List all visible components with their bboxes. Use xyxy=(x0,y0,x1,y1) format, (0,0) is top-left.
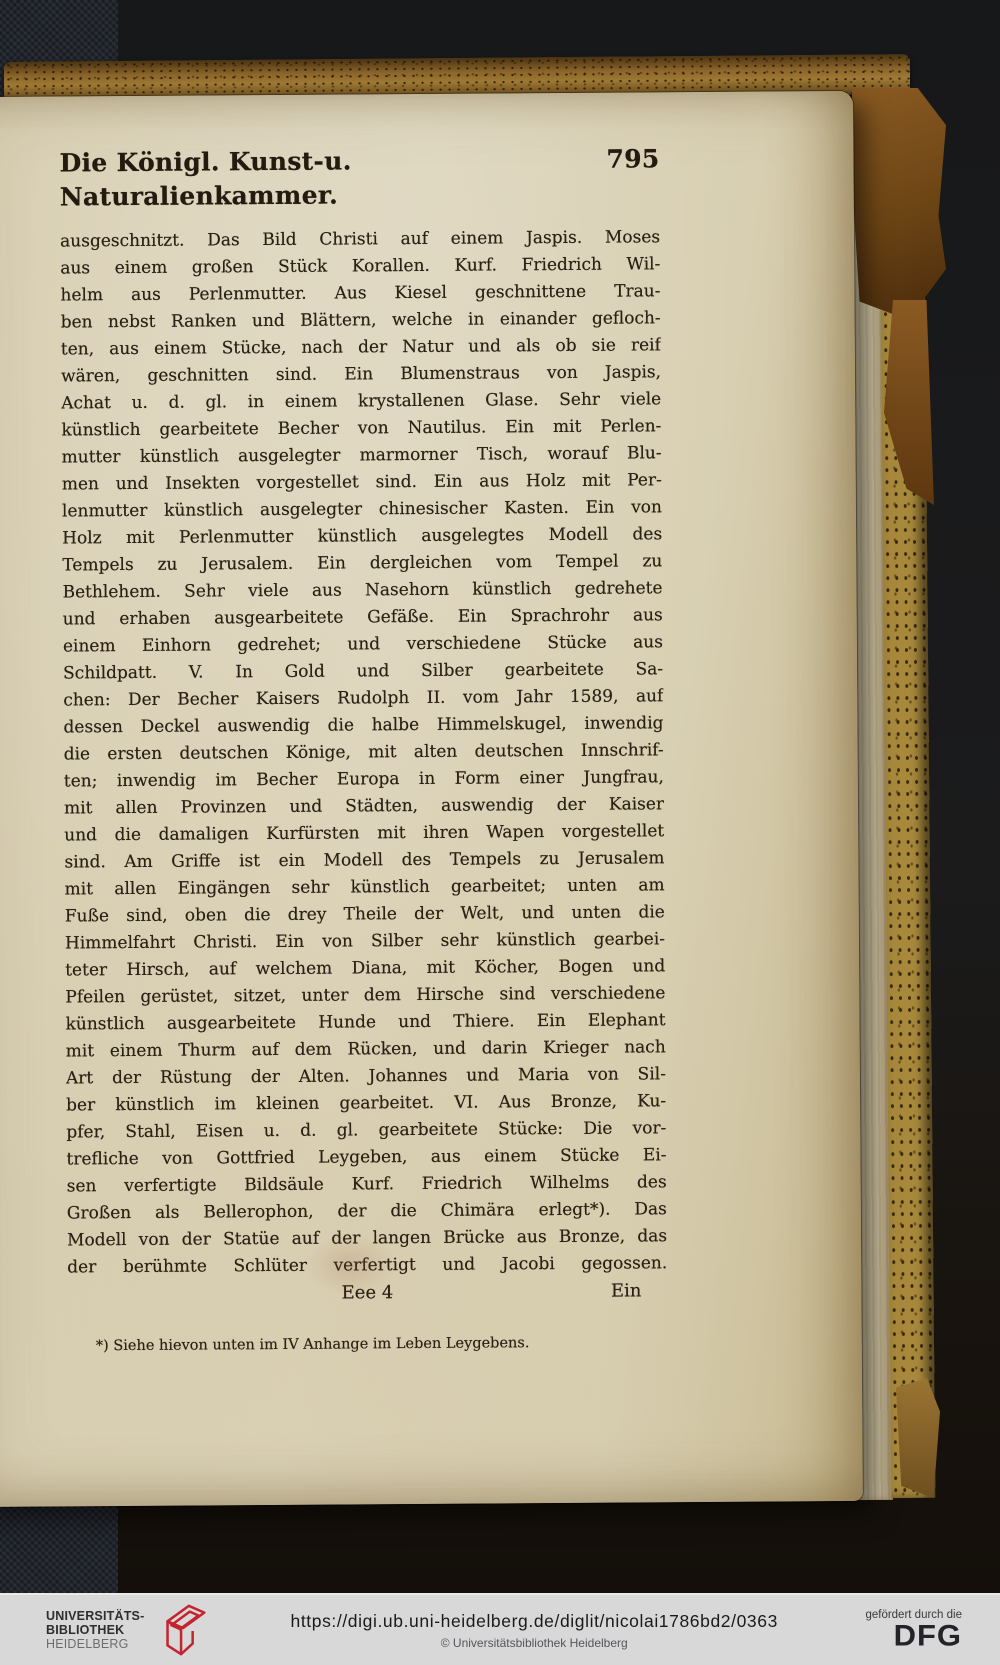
text-line: die ersten deutschen Könige, mit alten d… xyxy=(64,737,664,768)
text-line: künstlich gearbeitete Becher von Nautilu… xyxy=(61,413,661,444)
text-line: dessen Deckel auswendig die halbe Himmel… xyxy=(63,710,663,741)
text-line: wären, geschnitten sind. Ein Blumenstrau… xyxy=(61,359,661,390)
text-line: Tempels zu Jerusalem. Ein dergleichen vo… xyxy=(62,548,662,579)
text-line: Achat u. d. gl. in einem krystallenen Gl… xyxy=(61,386,661,417)
text-line: mutter künstlich ausgelegter marmorner T… xyxy=(62,440,662,471)
scan-background: Die Königl. Kunst-u. Naturalienkammer. 7… xyxy=(0,0,1000,1593)
text-line: und die damaligen Kurfürsten mit ihren W… xyxy=(64,818,664,849)
text-line: Fuße sind, oben die drey Theile der Welt… xyxy=(65,899,665,930)
bottom-edge-gilt xyxy=(896,1378,940,1498)
text-line: ber künstlich im kleinen gearbeitet. VI.… xyxy=(66,1088,666,1119)
funder-block: gefördert durch die DFG xyxy=(852,1609,962,1651)
text-line: aus einem großen Stück Korallen. Kurf. F… xyxy=(60,251,660,282)
text-line: helm aus Perlenmutter. Aus Kiesel geschn… xyxy=(60,278,660,309)
text-line: sen verfertigte Bildsäule Kurf. Friedric… xyxy=(67,1169,667,1200)
footnote: *) Siehe hievon unten im IV Anhange im L… xyxy=(68,1334,668,1354)
text-line: mit einem Thurm auf dem Rücken, und dari… xyxy=(66,1034,666,1065)
text-line: mit allen Provinzen und Städten, auswend… xyxy=(64,791,664,822)
copyright-note: © Universitätsbibliothek Heidelberg xyxy=(216,1636,852,1650)
source-block: https://digi.ub.uni-heidelberg.de/diglit… xyxy=(216,1611,852,1650)
text-line: mit allen Eingängen sehr künstlich gearb… xyxy=(65,872,665,903)
text-line: ben nebst Ranken und Blättern, welche in… xyxy=(61,305,661,336)
ub-heidelberg-logo-icon xyxy=(154,1601,212,1659)
text-line: men und Insekten vorgestellet sind. Ein … xyxy=(62,467,662,498)
text-line: und erhaben ausgearbeitete Gefäße. Ein S… xyxy=(63,602,663,633)
body-text: ausgeschnitzt. Das Bild Christi auf eine… xyxy=(60,224,667,1281)
signature-line: Eee 4 Ein xyxy=(67,1277,667,1308)
leather-patch xyxy=(852,88,946,320)
text-line: ausgeschnitzt. Das Bild Christi auf eine… xyxy=(60,224,660,255)
text-line: sind. Am Griffe ist ein Modell des Tempe… xyxy=(64,845,664,876)
text-line: der berühmte Schlüter verfertigt und Jac… xyxy=(67,1250,667,1281)
text-line: teter Hirsch, auf welchem Diana, mit Köc… xyxy=(65,953,665,984)
text-line: Holz mit Perlenmutter künstlich ausgeleg… xyxy=(62,521,662,552)
library-name-line3: HEIDELBERG xyxy=(46,1637,144,1651)
text-line: Art der Rüstung der Alten. Johannes und … xyxy=(66,1061,666,1092)
library-name-line1: UNIVERSITÄTS- xyxy=(46,1609,144,1623)
library-brand: UNIVERSITÄTS- BIBLIOTHEK HEIDELBERG xyxy=(46,1601,212,1659)
text-line: pfer, Stahl, Eisen u. d. gl. gearbeitete… xyxy=(66,1115,666,1146)
text-line: ten, aus einem Stücke, nach der Natur un… xyxy=(61,332,661,363)
text-line: Schildpatt. V. In Gold und Silber gearbe… xyxy=(63,656,663,687)
library-name-line2: BIBLIOTHEK xyxy=(46,1623,144,1637)
source-url: https://digi.ub.uni-heidelberg.de/diglit… xyxy=(216,1611,852,1632)
text-line: ten; inwendig im Becher Europa in Form e… xyxy=(64,764,664,795)
running-head: Die Königl. Kunst-u. Naturalienkammer. 7… xyxy=(59,142,659,214)
page-title: Die Königl. Kunst-u. Naturalienkammer. xyxy=(59,143,586,215)
text-line: Großen als Bellerophon, der die Chimära … xyxy=(67,1196,667,1227)
text-line: Bethlehem. Sehr viele aus Nasehorn künst… xyxy=(62,575,662,606)
text-line: einem Einhorn gedrehet; und verschiedene… xyxy=(63,629,663,660)
text-line: Modell von der Statüe auf der langen Brü… xyxy=(67,1223,667,1254)
library-name: UNIVERSITÄTS- BIBLIOTHEK HEIDELBERG xyxy=(46,1609,144,1651)
gathering-signature: Eee 4 xyxy=(67,1277,667,1308)
scan-viewport: Die Königl. Kunst-u. Naturalienkammer. 7… xyxy=(0,0,1000,1665)
text-line: lenmutter künstlich ausgelegter chinesis… xyxy=(62,494,662,525)
book-page: Die Königl. Kunst-u. Naturalienkammer. 7… xyxy=(0,91,863,1507)
page-content: Die Königl. Kunst-u. Naturalienkammer. 7… xyxy=(59,92,668,1354)
text-line: Pfeilen gerüstet, sitzet, unter dem Hirs… xyxy=(65,980,665,1011)
catchword: Ein xyxy=(611,1277,642,1304)
text-line: Himmelfahrt Christi. Ein von Silber sehr… xyxy=(65,926,665,957)
dfg-logo: DFG xyxy=(852,1622,962,1651)
page-number: 795 xyxy=(606,142,659,176)
text-line: chen: Der Becher Kaisers Rudolph II. vom… xyxy=(63,683,663,714)
text-line: trefliche von Gottfried Leygeben, aus ei… xyxy=(66,1142,666,1173)
text-line: künstlich ausgearbeitete Hunde und Thier… xyxy=(65,1007,665,1038)
library-footer-bar: UNIVERSITÄTS- BIBLIOTHEK HEIDELBERG http… xyxy=(0,1593,1000,1665)
